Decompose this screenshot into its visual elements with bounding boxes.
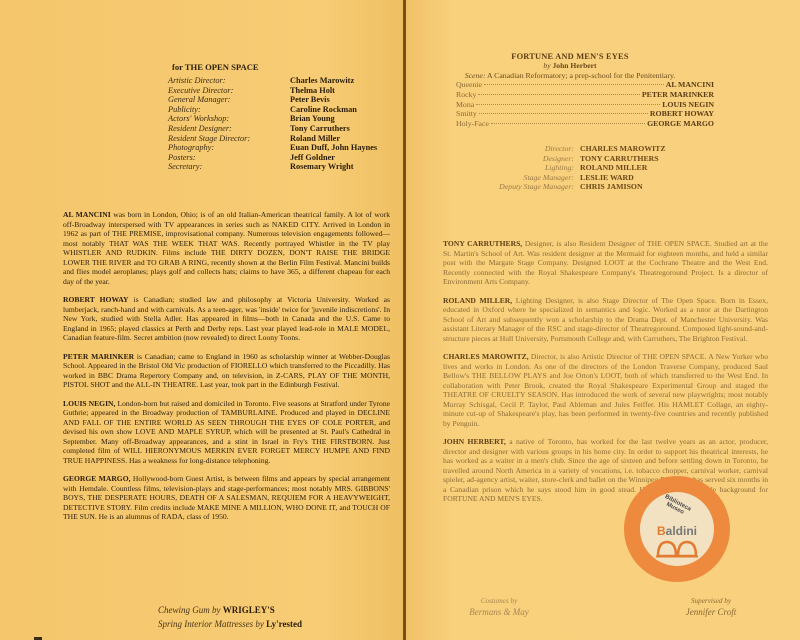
crew-name: TONY CARRUTHERS [580, 154, 659, 164]
cast-actor: PETER MARINKER [642, 90, 714, 100]
staff-role: Publicity: [150, 105, 290, 115]
programme-spread: for THE OPEN SPACE Artistic Director:Cha… [0, 0, 800, 640]
bio-name: TONY CARRUTHERS, [443, 239, 522, 248]
staff-row: Secretary:Rosemary Wright [150, 162, 390, 172]
cast-list: QueenieAL MANCINIRockyPETER MARINKERMona… [420, 80, 720, 129]
staff-row: General Manager:Peter Bevis [150, 95, 390, 105]
scene-label: Scene: [465, 71, 486, 80]
staff-name: Jeff Goldner [290, 153, 335, 163]
play-info-block: FORTUNE AND MEN'S EYES by John Herbert S… [420, 52, 720, 129]
staff-row: Resident Stage Director:Roland Miller [150, 134, 390, 144]
bio-text: was born in London, Ohio; is of an old I… [63, 210, 390, 286]
sponsor-brand: Ly'rested [266, 619, 302, 629]
sponsor-line: Chewing Gum by WRIGLEY'S [158, 603, 302, 617]
biography-paragraph: ROBERT HOWAY is Canadian; studied law an… [63, 295, 390, 343]
cast-row: SmittyROBERT HOWAY [456, 109, 714, 119]
cast-role: Queenie [456, 80, 482, 90]
crew-role: Stage Manager: [480, 173, 580, 183]
crew-role: Lighting: [480, 163, 580, 173]
cast-row: Holy-FaceGEORGE MARGO [456, 119, 714, 129]
play-title: FORTUNE AND MEN'S EYES [420, 52, 720, 61]
bio-name: JOHN HERBERT, [443, 437, 506, 446]
company-staff-block: for THE OPEN SPACE Artistic Director:Cha… [150, 62, 390, 172]
crew-row: Deputy Stage Manager:CHRIS JAMISON [480, 182, 680, 192]
staff-role: Artistic Director: [150, 76, 290, 86]
biography-paragraph: LOUIS NEGIN, London-born but raised and … [63, 399, 390, 466]
supervised-credit: Supervised by Jennifer Croft [656, 596, 766, 619]
cast-actor: LOUIS NEGIN [662, 100, 714, 110]
stamp-brand-rest: aldini [666, 524, 697, 538]
staff-row: Actors' Workshop:Brian Young [150, 114, 390, 124]
bio-name: ROLAND MILLER, [443, 296, 512, 305]
staff-name: Roland Miller [290, 134, 340, 144]
staff-name: Euan Duff, John Haynes [290, 143, 377, 153]
crew-row: Director:CHARLES MAROWITZ [480, 144, 680, 154]
biography-paragraph: JOHN HERBERT, a native of Toronto, has w… [443, 437, 768, 504]
company-title: for THE OPEN SPACE [150, 62, 390, 72]
staff-row: Executive Director:Thelma Holt [150, 86, 390, 96]
credit-value: Jennifer Croft [656, 606, 766, 619]
cast-actor: ROBERT HOWAY [650, 109, 714, 119]
bio-text: Director, is also Artistic Director of T… [443, 352, 768, 428]
crew-row: Designer:TONY CARRUTHERS [480, 154, 680, 164]
sponsor-label: Spring Interior Mattresses by [158, 619, 264, 629]
sponsor-credits: Chewing Gum by WRIGLEY'S Spring Interior… [158, 603, 302, 631]
dot-leader [479, 113, 648, 114]
biography-paragraph: CHARLES MAROWITZ, Director, is also Arti… [443, 352, 768, 428]
biography-paragraph: GEORGE MARGO, Hollywood-born Guest Artis… [63, 474, 390, 522]
staff-name: Thelma Holt [290, 86, 335, 96]
crew-row: Lighting:ROLAND MILLER [480, 163, 680, 173]
credit-value: Bermans & May [444, 606, 554, 619]
staff-row: Artistic Director:Charles Marowitz [150, 76, 390, 86]
crew-name: CHARLES MAROWITZ [580, 144, 666, 154]
staff-role: Actors' Workshop: [150, 114, 290, 124]
staff-role: Posters: [150, 153, 290, 163]
staff-row: Photography:Euan Duff, John Haynes [150, 143, 390, 153]
staff-row: Publicity:Caroline Rockman [150, 105, 390, 115]
stamp-brand: Baldini [640, 524, 714, 538]
sponsor-brand: WRIGLEY'S [223, 605, 275, 615]
crew-name: LESLIE WARD [580, 173, 634, 183]
staff-name: Charles Marowitz [290, 76, 354, 86]
play-scene-line: Scene: A Canadian Reformatory; a prep-sc… [420, 71, 720, 80]
crew-list: Director:CHARLES MAROWITZDesigner:TONY C… [480, 144, 680, 192]
bio-text: a native of Toronto, has worked for the … [443, 437, 768, 503]
bio-name: CHARLES MAROWITZ, [443, 352, 529, 361]
bio-name: PETER MARINKER [63, 352, 134, 361]
cast-role: Mona [456, 100, 474, 110]
cast-row: MonaLOUIS NEGIN [456, 100, 714, 110]
staff-role: General Manager: [150, 95, 290, 105]
cast-role: Smitty [456, 109, 477, 119]
cast-actor: GEORGE MARGO [647, 119, 714, 129]
play-author-line: by John Herbert [420, 61, 720, 70]
staff-role: Resident Designer: [150, 124, 290, 134]
staff-name: Tony Carruthers [290, 124, 350, 134]
bio-name: ROBERT HOWAY [63, 295, 128, 304]
staff-name: Rosemary Wright [290, 162, 354, 172]
by-label: by [543, 61, 550, 70]
stamp-center: Biblioteca Museo Baldini [640, 492, 714, 566]
dot-leader [478, 94, 640, 95]
staff-name: Caroline Rockman [290, 105, 357, 115]
dot-leader [491, 123, 645, 124]
cast-row: QueenieAL MANCINI [456, 80, 714, 90]
dot-leader [484, 84, 664, 85]
cast-role: Rocky [456, 90, 476, 100]
crew-role: Designer: [480, 154, 580, 164]
staff-row: Posters:Jeff Goldner [150, 153, 390, 163]
scene-description: A Canadian Reformatory; a prep-school fo… [487, 71, 675, 80]
biography-paragraph: AL MANCINI was born in London, Ohio; is … [63, 210, 390, 286]
cast-biographies: AL MANCINI was born in London, Ohio; is … [63, 210, 390, 531]
cast-role: Holy-Face [456, 119, 489, 129]
crew-role: Deputy Stage Manager: [480, 182, 580, 192]
staff-role: Photography: [150, 143, 290, 153]
staff-role: Resident Stage Director: [150, 134, 290, 144]
staff-name: Brian Young [290, 114, 335, 124]
stamp-tag: Biblioteca Museo [661, 494, 692, 518]
crew-name: ROLAND MILLER [580, 163, 647, 173]
cast-row: RockyPETER MARINKER [456, 90, 714, 100]
biography-paragraph: TONY CARRUTHERS, Designer, is also Resid… [443, 239, 768, 287]
bio-name: AL MANCINI [63, 210, 111, 219]
dot-leader [476, 104, 660, 105]
costumes-credit: Costumes by Bermans & May [444, 596, 554, 619]
open-book-logo-icon [656, 540, 698, 558]
sponsor-line: Spring Interior Mattresses by Ly'rested [158, 617, 302, 631]
cast-actor: AL MANCINI [666, 80, 714, 90]
bio-name: LOUIS NEGIN, [63, 399, 115, 408]
crew-name: CHRIS JAMISON [580, 182, 643, 192]
biography-paragraph: PETER MARINKER is Canadian; came to Engl… [63, 352, 390, 390]
crew-biographies: TONY CARRUTHERS, Designer, is also Resid… [443, 239, 768, 513]
stamp-brand-initial: B [657, 524, 666, 538]
staff-role: Secretary: [150, 162, 290, 172]
sponsor-label: Chewing Gum by [158, 605, 221, 615]
bio-text: London-born but raised and domiciled in … [63, 399, 390, 465]
crew-role: Director: [480, 144, 580, 154]
credit-label: Supervised by [656, 596, 766, 606]
staff-name: Peter Bevis [290, 95, 330, 105]
play-author: John Herbert [552, 61, 596, 70]
staff-list: Artistic Director:Charles MarowitzExecut… [150, 76, 390, 172]
crew-row: Stage Manager:LESLIE WARD [480, 173, 680, 183]
staff-role: Executive Director: [150, 86, 290, 96]
credit-label: Costumes by [444, 596, 554, 606]
staff-row: Resident Designer:Tony Carruthers [150, 124, 390, 134]
bio-name: GEORGE MARGO, [63, 474, 131, 483]
biography-paragraph: ROLAND MILLER, Lighting Designer, is als… [443, 296, 768, 344]
library-stamp: Biblioteca Museo Baldini [624, 476, 730, 582]
